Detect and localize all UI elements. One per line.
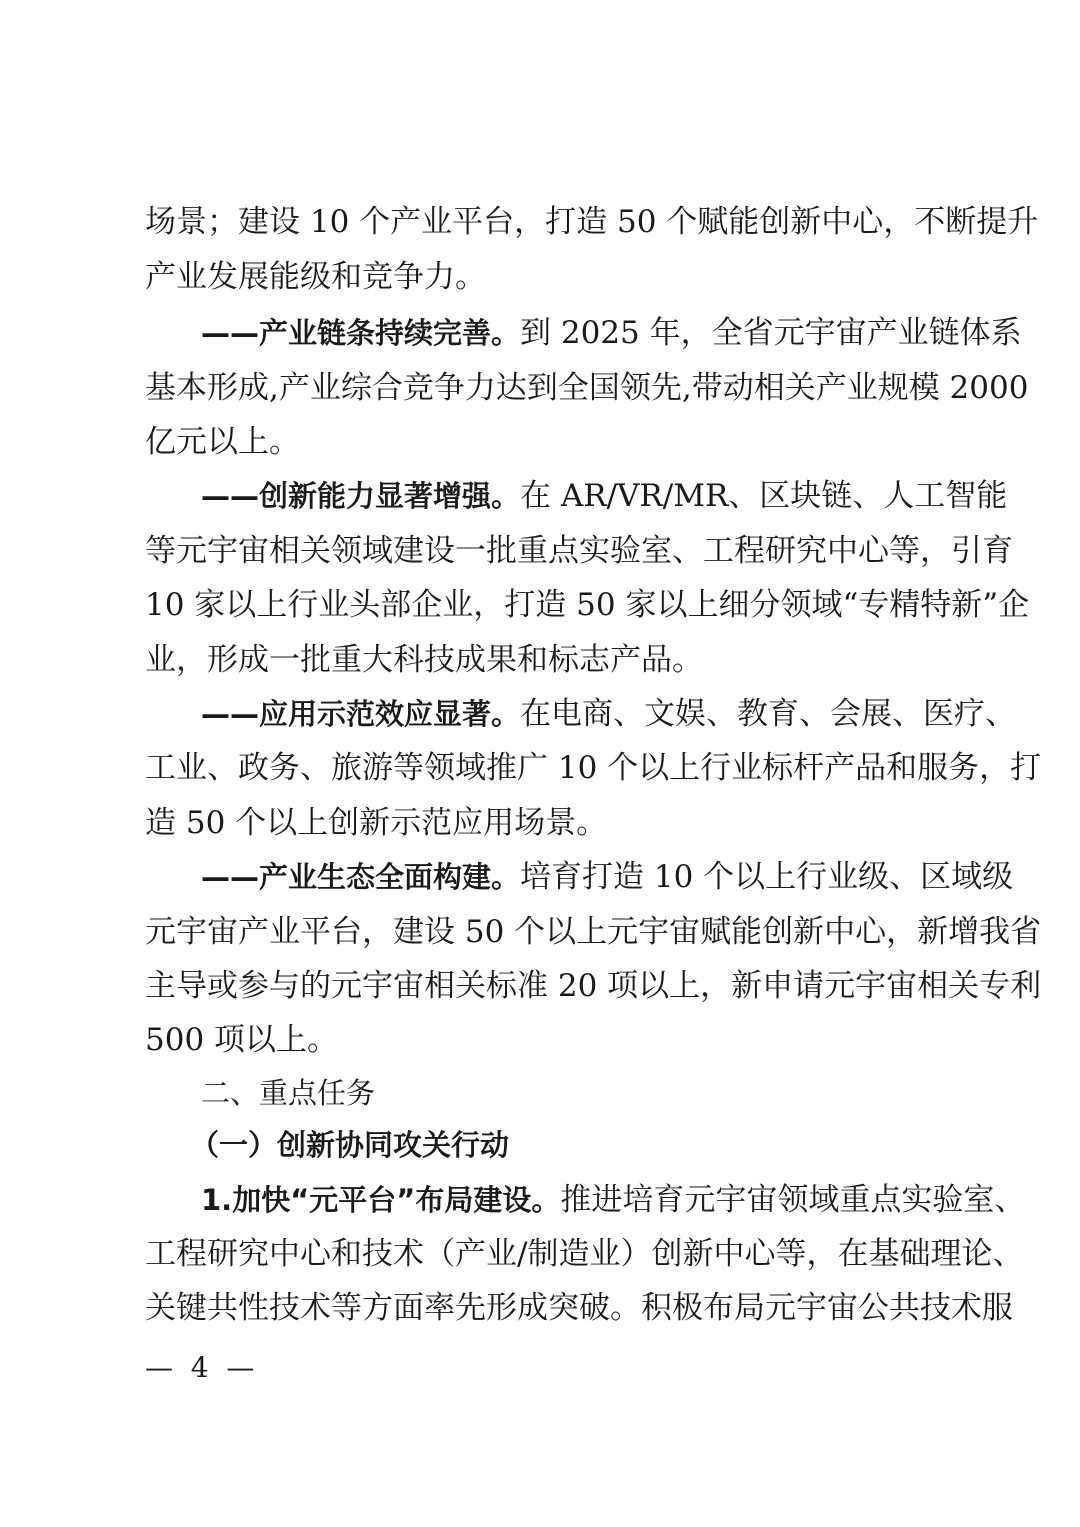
subsection-heading: （一）创新协同攻关行动 bbox=[190, 1125, 936, 1165]
task-item-1: 1.加快“元平台”布局建设。推进培育元宇宙领域重点实验室、 bbox=[201, 1180, 947, 1220]
paragraph-line: 亿元以上。 bbox=[145, 422, 947, 462]
goal-ecosystem: ——产业生态全面构建。培育打造 10 个以上行业级、区域级 bbox=[201, 857, 947, 897]
line-text: 在 AR/VR/MR、区块链、人工智能 bbox=[520, 478, 1007, 514]
task-heading: 1.加快“元平台”布局建设。 bbox=[201, 1183, 560, 1217]
paragraph-line: 产业发展能级和竞争力。 bbox=[145, 257, 947, 297]
goal-heading: ——创新能力显著增强。 bbox=[201, 479, 520, 513]
line-text: 推进培育元宇宙领域重点实验室、 bbox=[560, 1182, 1025, 1218]
page-number: — 4 — bbox=[145, 1348, 254, 1388]
line-text: 主导或参与的元宇宙相关标准 20 项以上，新申请元宇宙相关专利 bbox=[145, 968, 1041, 1004]
paragraph-line: 10 家以上行业头部企业，打造 50 家以上细分领域“专精特新”企 bbox=[145, 585, 947, 625]
line-text: 基本形成,产业综合竞争力达到全国领先,带动相关产业规模 2000 bbox=[145, 370, 1028, 406]
line-text: 500 项以上。 bbox=[145, 1022, 338, 1058]
paragraph-line: 场景；建设 10 个产业平台，打造 50 个赋能创新中心，不断提升 bbox=[145, 202, 947, 242]
heading-text: 二、重点任务 bbox=[201, 1076, 375, 1110]
line-text: 造 50 个以上创新示范应用场景。 bbox=[145, 805, 607, 841]
line-text: 工程研究中心和技术（产业/制造业）创新中心等，在基础理论、 bbox=[145, 1236, 1023, 1272]
line-text: 等元宇宙相关领域建设一批重点实验室、工程研究中心等，引育 bbox=[145, 533, 1013, 569]
paragraph-line: 造 50 个以上创新示范应用场景。 bbox=[145, 803, 947, 843]
document-page: 场景；建设 10 个产业平台，打造 50 个赋能创新中心，不断提升 产业发展能级… bbox=[0, 0, 1080, 1527]
goal-industry-chain: ——产业链条持续完善。到 2025 年，全省元宇宙产业链体系 bbox=[201, 313, 947, 353]
paragraph-line: 业，形成一批重大科技成果和标志产品。 bbox=[145, 640, 947, 680]
line-text: 培育打造 10 个以上行业级、区域级 bbox=[520, 859, 1013, 895]
goal-application: ——应用示范效应显著。在电商、文娱、教育、会展、医疗、 bbox=[201, 694, 947, 734]
heading-text: （一）创新协同攻关行动 bbox=[190, 1128, 509, 1162]
paragraph-line: 关键共性技术等方面率先形成突破。积极布局元宇宙公共技术服 bbox=[145, 1288, 947, 1328]
paragraph-line: 元宇宙产业平台，建设 50 个以上元宇宙赋能创新中心，新增我省 bbox=[145, 912, 947, 952]
paragraph-line: 工业、政务、旅游等领域推广 10 个以上行业标杆产品和服务，打 bbox=[145, 748, 947, 788]
line-text: 在电商、文娱、教育、会展、医疗、 bbox=[520, 696, 1016, 732]
line-text: 工业、政务、旅游等领域推广 10 个以上行业标杆产品和服务，打 bbox=[145, 750, 1041, 786]
line-text: 产业发展能级和竞争力。 bbox=[145, 259, 486, 295]
line-text: 场景；建设 10 个产业平台，打造 50 个赋能创新中心，不断提升 bbox=[145, 204, 1038, 240]
paragraph-line: 500 项以上。 bbox=[145, 1020, 947, 1060]
line-text: 业，形成一批重大科技成果和标志产品。 bbox=[145, 642, 703, 678]
goal-innovation: ——创新能力显著增强。在 AR/VR/MR、区块链、人工智能 bbox=[201, 476, 947, 516]
paragraph-line: 基本形成,产业综合竞争力达到全国领先,带动相关产业规模 2000 bbox=[145, 368, 947, 408]
goal-heading: ——产业链条持续完善。 bbox=[201, 316, 520, 350]
line-text: 亿元以上。 bbox=[145, 424, 300, 460]
line-text: 元宇宙产业平台，建设 50 个以上元宇宙赋能创新中心，新增我省 bbox=[145, 914, 1041, 950]
line-text: 关键共性技术等方面率先形成突破。积极布局元宇宙公共技术服 bbox=[145, 1290, 1013, 1326]
line-text: 到 2025 年，全省元宇宙产业链体系 bbox=[520, 315, 1022, 351]
paragraph-line: 主导或参与的元宇宙相关标准 20 项以上，新申请元宇宙相关专利 bbox=[145, 966, 947, 1006]
line-text: 10 家以上行业头部企业，打造 50 家以上细分领域“专精特新”企 bbox=[145, 587, 1029, 623]
paragraph-line: 工程研究中心和技术（产业/制造业）创新中心等，在基础理论、 bbox=[145, 1234, 947, 1274]
goal-heading: ——产业生态全面构建。 bbox=[201, 860, 520, 894]
section-heading: 二、重点任务 bbox=[201, 1073, 947, 1113]
goal-heading: ——应用示范效应显著。 bbox=[201, 697, 520, 731]
paragraph-line: 等元宇宙相关领域建设一批重点实验室、工程研究中心等，引育 bbox=[145, 531, 947, 571]
